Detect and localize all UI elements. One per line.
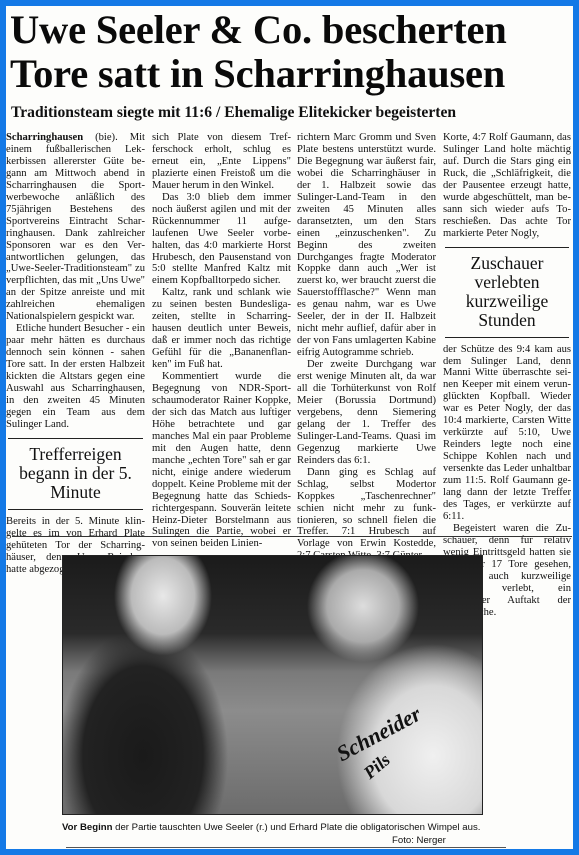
caption-text: der Partie tauschten Uwe Seeler (r.) und…	[112, 822, 480, 833]
paragraph: Korte, 4:7 Rolf Gaumann, das Sulinger La…	[443, 132, 571, 240]
headline-line-1: Uwe Seeler & Co. bescherten	[10, 8, 570, 52]
newspaper-clipping: Uwe Seeler & Co. bescherten Tore satt in…	[6, 6, 573, 849]
divider	[445, 337, 569, 338]
article-column-1: Scharringhausen (bie). Mit einem fußball…	[6, 132, 145, 576]
paragraph: Scharringhausen (bie). Mit einem fußball…	[6, 132, 145, 323]
caption-lead: Vor Beginn	[62, 822, 112, 833]
paragraph: richtern Marc Gromm und Sven Plate beste…	[297, 132, 436, 359]
divider	[66, 847, 506, 848]
subheadline: Traditionsteam siegte mit 11:6 / Ehemali…	[11, 104, 456, 122]
paragraph: der Schütze des 9:4 kam aus dem Sulinger…	[443, 344, 571, 523]
paragraph: Das 3:0 blieb dem immer noch äußerst agi…	[152, 192, 291, 288]
divider	[12, 536, 572, 537]
divider	[8, 509, 143, 510]
dateline: Scharringhausen	[6, 132, 83, 143]
paragraph: Dann ging es Schlag auf Schlag, selbst M…	[297, 467, 436, 563]
section-heading: Zuschauer verlebten kurzweilige Stunden	[443, 254, 571, 330]
paragraph: Etliche hundert Besucher - ein paar mehr…	[6, 323, 145, 431]
paragraph: sich Plate von diesem Tref­ferschock erh…	[152, 132, 291, 192]
news-photo: Schneider Pils	[62, 555, 483, 815]
paragraph: Kaltz, rank und schlank wie zu seinen be…	[152, 287, 291, 371]
photo-credit: Foto: Nerger	[392, 835, 446, 846]
paragraph: Der zweite Durchgang war erst wenige Min…	[297, 359, 436, 467]
article-column-2: sich Plate von diesem Tref­ferschock erh…	[152, 132, 291, 550]
photo-caption: Vor Beginn der Partie tauschten Uwe Seel…	[62, 822, 502, 833]
section-heading: Trefferreigen begann in der 5. Minute	[6, 445, 145, 502]
divider	[8, 438, 143, 439]
divider	[445, 247, 569, 248]
article-column-4: Korte, 4:7 Rolf Gaumann, das Sulinger La…	[443, 132, 571, 619]
paragraph: Kommentiert wurde die Begegnung von NDR-…	[152, 371, 291, 550]
headline-line-2: Tore satt in Scharringhausen	[10, 52, 570, 96]
headline: Uwe Seeler & Co. bescherten Tore satt in…	[10, 8, 570, 96]
article-column-3: richtern Marc Gromm und Sven Plate beste…	[297, 132, 436, 562]
